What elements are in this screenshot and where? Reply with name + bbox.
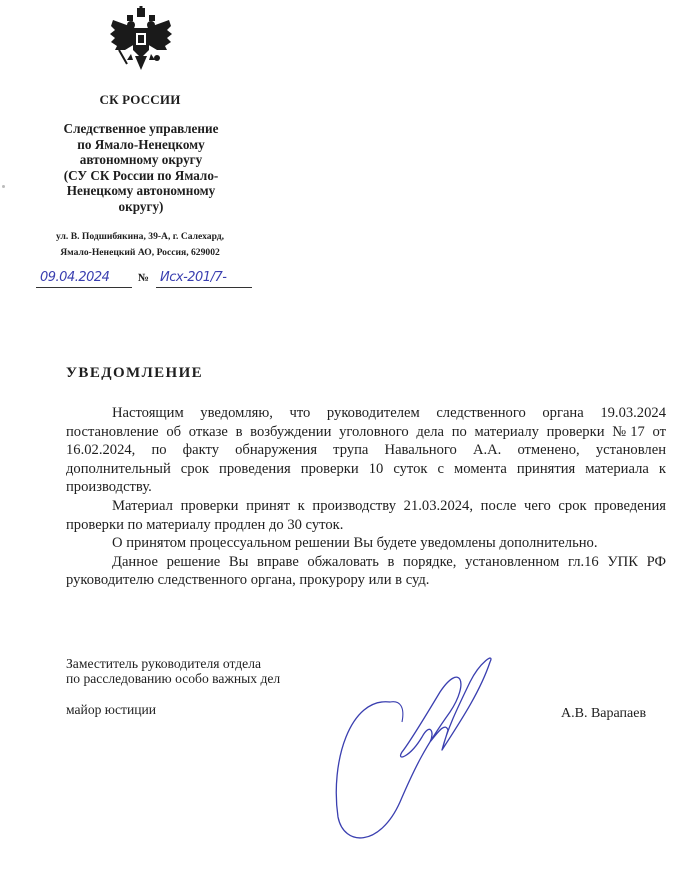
body-paragraph: Данное решение Вы вправе обжаловать в по… <box>66 553 666 590</box>
signatory-position: Заместитель руководителя отдела по рассл… <box>66 656 280 686</box>
department-line: Ненецкому автономному <box>30 183 252 199</box>
department-line: округу) <box>30 199 252 215</box>
notice-body: Настоящим уведомляю, что руководителем с… <box>66 404 666 590</box>
number-sign-label: № <box>138 272 149 284</box>
registration-line: 09.04.2024 № Исх-201/7- <box>36 268 276 290</box>
department-line: (СУ СК России по Ямало- <box>30 168 252 184</box>
department-line: по Ямало-Ненецкому <box>30 137 252 153</box>
registration-number: Исх-201/7- <box>156 268 252 288</box>
body-paragraph: Материал проверки принят к производству … <box>66 497 666 534</box>
department-line: автономному округу <box>30 152 252 168</box>
registration-date: 09.04.2024 <box>36 268 132 288</box>
address: ул. В. Подшибякина, 39-А, г. Салехард, Я… <box>10 229 270 261</box>
address-line: ул. В. Подшибякина, 39-А, г. Салехард, <box>10 229 270 245</box>
agency-name: СК РОССИИ <box>10 92 270 108</box>
signatory-name: А.В. Варапаев <box>561 706 646 722</box>
scan-speck <box>2 185 5 188</box>
russian-coat-of-arms-icon <box>105 6 177 78</box>
handwritten-signature-icon <box>330 652 510 852</box>
department-name: Следственное управление по Ямало-Ненецко… <box>30 121 252 214</box>
position-line: по расследованию особо важных дел <box>66 671 280 686</box>
position-line: Заместитель руководителя отдела <box>66 656 280 671</box>
body-paragraph: Настоящим уведомляю, что руководителем с… <box>66 404 666 497</box>
body-paragraph: О принятом процессуальном решении Вы буд… <box>66 534 666 553</box>
signatory-rank: майор юстиции <box>66 702 156 718</box>
document-page: СК РОССИИ Следственное управление по Яма… <box>0 0 696 879</box>
document-title: УВЕДОМЛЕНИЕ <box>66 365 203 382</box>
department-line: Следственное управление <box>30 121 252 137</box>
address-line: Ямало-Ненецкий АО, Россия, 629002 <box>10 245 270 261</box>
